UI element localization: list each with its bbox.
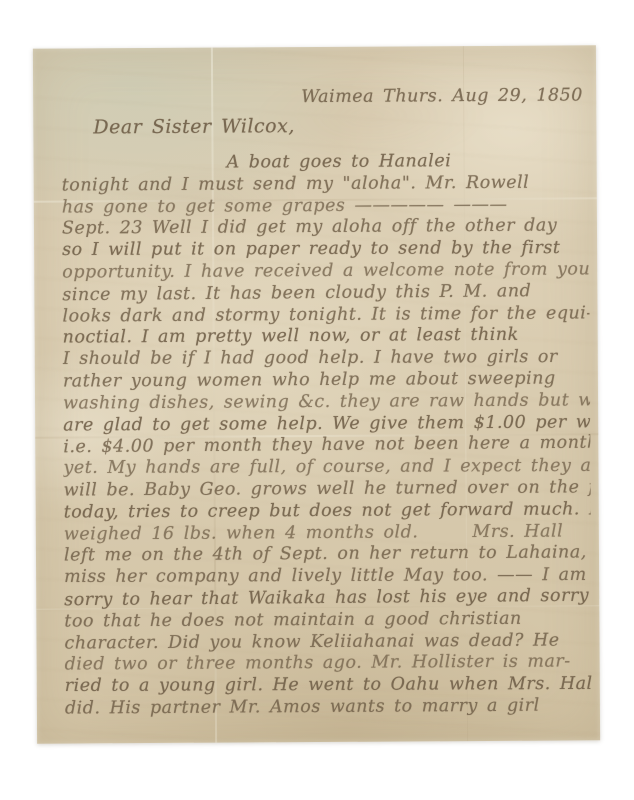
letter-salutation: Dear Sister Wilcox, xyxy=(93,115,295,138)
letter-line: Sept. 23 Well I did get my aloha off the… xyxy=(62,216,589,241)
letter-line: rather young women who help me about swe… xyxy=(63,368,590,393)
letter-line: tonight and I must send my "aloha". Mr. … xyxy=(62,172,589,197)
letter-line: left me on the 4th of Sept. on her retur… xyxy=(64,543,591,568)
letter-line: weighed 16 lbs. when 4 months old. Mrs. … xyxy=(64,521,591,546)
letter-line: noctial. I am pretty well now, or at lea… xyxy=(63,325,590,350)
letter-line: has gone to get some grapes ————— ——— xyxy=(62,194,589,219)
letter-line: character. Did you know Keliiahanai was … xyxy=(64,630,591,655)
letter-line: looks dark and stormy tonight. It is tim… xyxy=(62,303,589,328)
letter-line: washing dishes, sewing &c. they are raw … xyxy=(63,390,590,415)
letter-line: I should be if I had good help. I have t… xyxy=(63,347,590,371)
letter-line: today, tries to creep but does not get f… xyxy=(64,499,591,524)
letter-line: too that he does not maintain a good chr… xyxy=(64,608,591,633)
letter-paper: Waimea Thurs. Aug 29, 1850 Dear Sister W… xyxy=(33,45,600,743)
scanned-letter-page: { "page": { "background_color": "#ffffff… xyxy=(0,0,634,800)
letter-dateline: Waimea Thurs. Aug 29, 1850 xyxy=(301,85,583,107)
letter-line: did. His partner Mr. Amos wants to marry… xyxy=(65,695,592,720)
letter-line: so I will put it on paper ready to send … xyxy=(62,238,589,262)
letter-line: A boat goes to Hanalei xyxy=(62,150,589,175)
letter-line: ried to a young girl. He went to Oahu wh… xyxy=(65,674,592,698)
letter-line: will be. Baby Geo. grows well he turned … xyxy=(64,477,591,502)
letter-text: Waimea Thurs. Aug 29, 1850 Dear Sister W… xyxy=(33,45,600,743)
scan-background: Waimea Thurs. Aug 29, 1850 Dear Sister W… xyxy=(0,0,634,800)
letter-body: A boat goes to Hanaleitonight and I must… xyxy=(62,150,592,720)
letter-line: died two or three months ago. Mr. Hollis… xyxy=(65,652,592,677)
letter-line: yet. My hands are full, of course, and I… xyxy=(63,456,590,480)
